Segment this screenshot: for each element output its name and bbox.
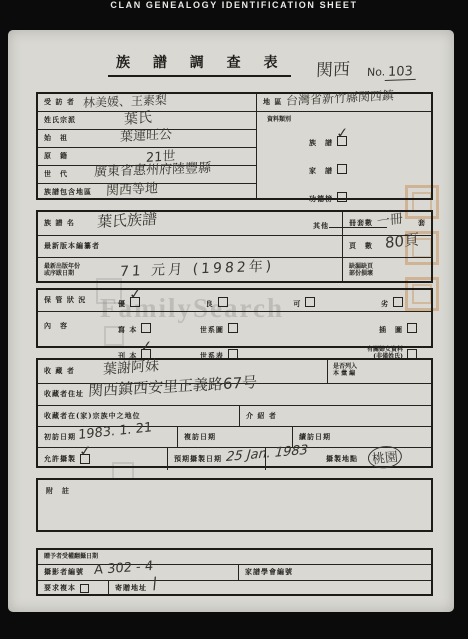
compiler-row: 最新版本編纂者: [38, 236, 342, 258]
volumes-value: 一冊: [377, 207, 403, 230]
visit-dates-row: 初訪日期 1983. 1. 21 複訪日期 續訪日期: [38, 427, 431, 448]
identity-right-column: 地 區 台灣省新竹縣関西鎮 資料類別 族 譜✓ 家 譜 功德榜 其他: [256, 94, 431, 198]
book-title-row: 族 譜 名 葉氏族譜: [38, 212, 342, 236]
generations-label: 世 代: [44, 170, 68, 178]
area-row: 地 區 台灣省新竹縣関西鎮: [257, 94, 431, 112]
notes-label: 附 註: [46, 487, 70, 495]
copy-request-checkbox: [80, 584, 89, 593]
genealogy-checkmark: ✓: [335, 125, 351, 140]
origin-label: 原 籍: [44, 152, 68, 160]
third-visit-label: 續訪日期: [299, 433, 331, 441]
form-paper: FamilySearch 族 譜 調 查 表 関西 No.103 受 訪 者 林…: [8, 30, 454, 612]
manuscript-checkbox: [141, 323, 151, 333]
book-title-label: 族 譜 名: [44, 219, 75, 227]
filming-row: 允許攝製 ✓ 預期攝製日期 25 Jan. 1983 攝製地點 桃園: [38, 448, 431, 470]
copy-request-row: 要求複本 寄贈地址 /: [38, 581, 431, 595]
material-option-family-register: 家 譜: [309, 158, 431, 177]
condition-row: 保 管 狀 況 優✓ 良 可 劣: [38, 290, 431, 312]
title-annotation: 関西 No.103: [316, 56, 416, 81]
coverage-label: 族譜包含地區: [44, 188, 92, 196]
section-identity: 受 訪 者 林美媛、王素梨 姓氏宗派 葉氏 始 祖 葉連旺公 原 籍 21世 世…: [36, 92, 433, 200]
section-condition-content: 保 管 狀 況 優✓ 良 可 劣 內 容 寫 本 世系圖 插 圖 刊 本✓ 世系…: [36, 288, 433, 348]
section-notes: 附 註: [36, 478, 433, 532]
permission-label: 允許攝製: [44, 455, 76, 463]
condition-option-fair: 可: [293, 291, 315, 310]
no-label: No.: [367, 65, 386, 79]
poor-checkbox: [393, 297, 403, 307]
volumes-suffix: 套: [418, 219, 426, 227]
condition-option-label: 可: [293, 299, 301, 308]
film-place-label: 攝製地點: [326, 455, 358, 463]
send-address-cell: 寄贈地址 /: [108, 581, 441, 595]
copy-request-label: 要求複本: [44, 584, 76, 592]
condition-option-good: 良: [206, 291, 228, 310]
material-option-label: 家 譜: [309, 166, 333, 175]
compiler-label: 最新版本編纂者: [44, 242, 100, 250]
section-book-info: 族 譜 名 葉氏族譜 最新版本編纂者 最新出版年份或序跋日期 71 元月 (19…: [36, 210, 433, 283]
coverage-row: 族譜包含地區 関西等地: [38, 184, 256, 201]
surname-label: 姓氏宗派: [44, 116, 76, 124]
pages-row: 頁 數 80頁: [343, 236, 431, 258]
volumes-label: 冊套數: [349, 219, 373, 227]
society-number-label: 家譜學會編號: [245, 568, 293, 576]
first-ancestor-label: 始 祖: [44, 134, 68, 142]
condition-option-label: 劣: [381, 299, 389, 308]
pedigree-chart-checkbox: [228, 323, 238, 333]
film-date-label: 預期攝製日期: [174, 455, 222, 463]
content-option-illustrations: 插 圖: [294, 317, 417, 336]
material-option-genealogy: 族 譜✓: [309, 130, 431, 149]
area-value: 台灣省新竹縣関西鎮: [286, 86, 394, 109]
form-title: 族 譜 調 查 表: [108, 52, 291, 77]
permission-checkmark: ✓: [78, 443, 94, 458]
missing-pages-row: 缺漏缺頁部份損壞: [343, 258, 431, 283]
book-left-column: 族 譜 名 葉氏族譜 最新版本編纂者 最新出版年份或序跋日期 71 元月 (19…: [38, 212, 342, 281]
introducer-label: 介 紹 者: [246, 412, 277, 420]
listed-cell: 是否列入本 彙 編: [327, 360, 440, 383]
region-note: 関西: [316, 55, 351, 81]
missing-pages-label-2: 部份損壞: [349, 271, 373, 278]
publish-date-label-2: 或序跋日期: [44, 271, 80, 278]
owner-position-label: 收藏者在(家)宗族中之地位: [44, 412, 141, 420]
material-option-label: 族 譜: [309, 138, 333, 147]
section-owner-visits: 收 藏 者 葉謝阿妹 是否列入本 彙 編 收藏者住址 関西鎮西安里正義路67号 …: [36, 358, 433, 468]
genealogy-checkbox: ✓: [337, 136, 347, 146]
material-option-merit-board: 功德榜: [309, 186, 431, 205]
condition-options: 優✓ 良 可 劣: [118, 291, 403, 310]
send-address-label: 寄贈地址: [115, 584, 147, 592]
excellent-checkbox: ✓: [130, 297, 140, 307]
printed-checkmark: ✓: [139, 338, 155, 353]
photographer-value: A 302 - 4: [94, 559, 154, 578]
owner-address-label: 收藏者住址: [44, 390, 84, 398]
book-right-column: 冊套數 一冊 套 頁 數 80頁 缺漏缺頁部份損壞: [342, 212, 431, 281]
owner-position-row: 收藏者在(家)宗族中之地位 介 紹 者: [38, 406, 431, 427]
excellent-checkmark: ✓: [128, 286, 144, 301]
introducer-cell: 介 紹 者: [239, 406, 441, 426]
third-visit-cell: 續訪日期: [292, 427, 441, 447]
pages-label: 頁 數: [349, 242, 373, 250]
film-place-value: 桃園: [367, 445, 403, 470]
first-ancestor-row: 始 祖 葉連旺公: [38, 130, 256, 148]
first-ancestor-value: 葉連旺公: [120, 123, 173, 145]
second-visit-cell: 複訪日期: [177, 427, 299, 447]
material-type-label: 資料類別: [267, 117, 431, 124]
scan-header-title: CLAN GENEALOGY IDENTIFICATION SHEET: [0, 0, 468, 30]
merit-board-checkbox: [337, 192, 347, 202]
authorization-label: 贈予者受權翻攝日期: [44, 554, 98, 561]
content-option-manuscript: 寫 本: [118, 317, 200, 336]
condition-option-label: 優: [118, 299, 126, 308]
no-value: 103: [385, 64, 416, 81]
good-checkbox: [218, 297, 228, 307]
condition-label: 保 管 狀 況: [44, 296, 118, 304]
photographer-row: 攝影者編號 A 302 - 4 家譜學會編號: [38, 565, 431, 581]
pages-value: 80頁: [385, 228, 419, 253]
illustrations-checkbox: [407, 323, 417, 333]
publish-date-value: 71 元月 (1982年): [119, 255, 275, 280]
coverage-value: 関西等地: [106, 177, 159, 199]
film-date-cell: 預期攝製日期 25 Jan. 1983: [167, 448, 272, 470]
book-title-value: 葉氏族譜: [96, 208, 157, 232]
identity-left-column: 受 訪 者 林美媛、王素梨 姓氏宗派 葉氏 始 祖 葉連旺公 原 籍 21世 世…: [38, 94, 256, 198]
content-row: 內 容 寫 本 世系圖 插 圖 刊 本✓ 世系表 有關婦女資料(非僅姓氏): [38, 312, 431, 348]
content-option-label: 寫 本: [118, 325, 137, 334]
photographer-label: 攝影者編號: [44, 568, 84, 576]
film-place-cell: 攝製地點 桃園: [265, 448, 468, 470]
content-option-pedigree-chart: 世系圖: [200, 317, 294, 336]
society-number-cell: 家譜學會編號: [238, 565, 441, 580]
condition-option-label: 良: [206, 299, 214, 308]
owner-label: 收 藏 者: [44, 367, 75, 375]
permission-checkbox: ✓: [80, 454, 90, 464]
publish-date-row: 最新出版年份或序跋日期 71 元月 (1982年): [38, 258, 342, 283]
area-label: 地 區: [263, 98, 282, 106]
listed-label-2: 本 彙 編: [333, 371, 440, 378]
content-label: 內 容: [44, 322, 118, 330]
condition-option-excellent: 優✓: [118, 291, 140, 310]
owner-address-row: 收藏者住址 関西鎮西安里正義路67号: [38, 384, 431, 406]
owner-value: 葉謝阿妹: [103, 355, 160, 379]
content-options: 寫 本 世系圖 插 圖 刊 本✓ 世系表 有關婦女資料(非僅姓氏): [118, 317, 417, 362]
family-register-checkbox: [337, 164, 347, 174]
condition-option-poor: 劣: [381, 291, 403, 310]
interviewer-label: 受 訪 者: [44, 98, 75, 106]
first-visit-label: 初訪日期: [44, 433, 76, 441]
content-option-label: 插 圖: [379, 325, 403, 334]
section-admin: 贈予者受權翻攝日期 攝影者編號 A 302 - 4 家譜學會編號 要求複本 寄贈…: [36, 548, 433, 596]
content-option-label: 世系圖: [200, 325, 224, 334]
material-option-label: 功德榜: [309, 194, 333, 203]
second-visit-label: 複訪日期: [184, 433, 216, 441]
fair-checkbox: [305, 297, 315, 307]
